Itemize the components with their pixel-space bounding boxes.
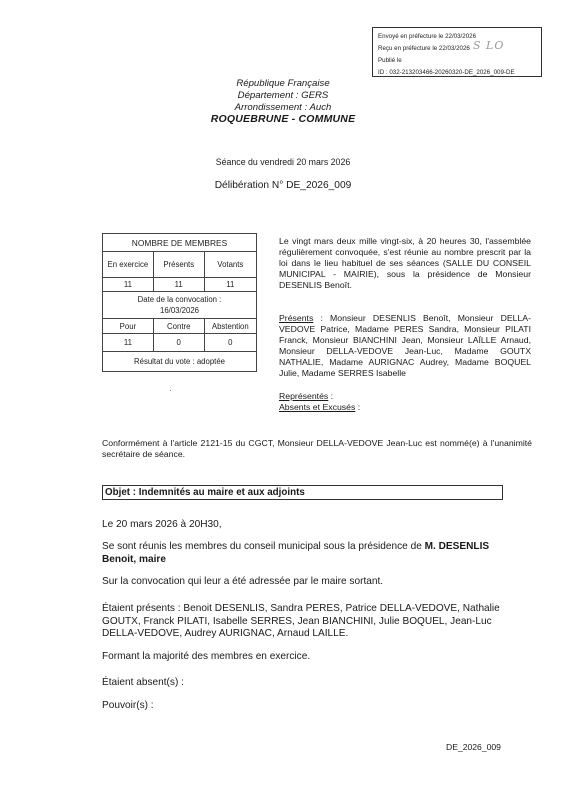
prefecture-stamp: Envoyé en préfecture le 22/03/2026 Reçu … [372,27,542,77]
convocation-label: Date de la convocation : [103,294,256,305]
header-against: Contre [153,319,204,334]
vote-result: Résultat du vote : adoptée [103,352,257,372]
header-republic: République Française [0,78,566,89]
intro-paragraph: Le vingt mars deux mille vingt-six, à 20… [279,236,531,291]
header-for: Pour [103,319,154,334]
value-voters: 11 [204,278,256,292]
convocation-cell: Date de la convocation : 16/03/2026 [103,292,257,319]
assembled-text: Se sont réunis les membres du conseil mu… [102,541,425,552]
body-convocation: Sur la convocation qui leur a été adress… [102,576,522,589]
represented-value: : [328,391,333,401]
stamp-sent: Envoyé en préfecture le 22/03/2026 [378,31,541,43]
convocation-date: 16/03/2026 [103,305,256,316]
body-date-line: Le 20 mars 2026 à 20H30, [102,519,522,532]
footer-reference: DE_2026_009 [446,742,501,752]
stamp-published: Publié le [378,55,541,67]
stamp-received: Reçu en préfecture le 22/03/2026 [378,43,541,55]
absent-line: Absents et Excusés : [279,402,531,413]
value-abstention: 0 [204,334,256,352]
header-arrondissement: Arrondissement : Auch [0,102,566,113]
header-department: Département : GERS [0,90,566,101]
header-commune: ROQUEBRUNE - COMMUNE [0,113,566,125]
value-in-office: 11 [103,278,154,292]
value-against: 0 [153,334,204,352]
value-present: 11 [153,278,204,292]
body-absents: Étaient absent(s) : [102,677,522,690]
header-voters: Votants [204,252,256,278]
represented-line: Représentés : [279,391,531,402]
session-date: Séance du vendredi 20 mars 2026 [0,157,566,167]
value-for: 11 [103,334,154,352]
presents-paragraph: Présents : Monsieur DESENLIS Benoît, Mon… [279,313,531,380]
header-abstention: Abstention [204,319,256,334]
handwritten-signature: S LO [473,40,504,52]
absent-label: Absents et Excusés [279,402,355,412]
body-assembled: Se sont réunis les membres du conseil mu… [102,541,522,566]
object-title: Objet : Indemnités au maire et aux adjoi… [102,485,503,500]
members-table-title: NOMBRE DE MEMBRES [103,234,257,252]
deliberation-number: Délibération N° DE_2026_009 [0,180,566,191]
scan-speck [170,390,171,391]
secretary-paragraph: Conformément à l'article 2121-15 du CGCT… [102,438,532,460]
members-table: NOMBRE DE MEMBRES En exercice Présents V… [102,233,257,372]
body-presents: Étaient présents : Benoit DESENLIS, Sand… [102,603,522,641]
header-in-office: En exercice [103,252,154,278]
body-proxies: Pouvoir(s) : [102,700,522,713]
represented-label: Représentés [279,391,328,401]
header-present: Présents [153,252,204,278]
presents-label: Présents [279,313,313,323]
presents-list: : Monsieur DESENLIS Benoît, Monsieur DEL… [279,313,531,378]
body-majority: Formant la majorité des membres en exerc… [102,651,522,664]
absent-value: : [355,402,360,412]
